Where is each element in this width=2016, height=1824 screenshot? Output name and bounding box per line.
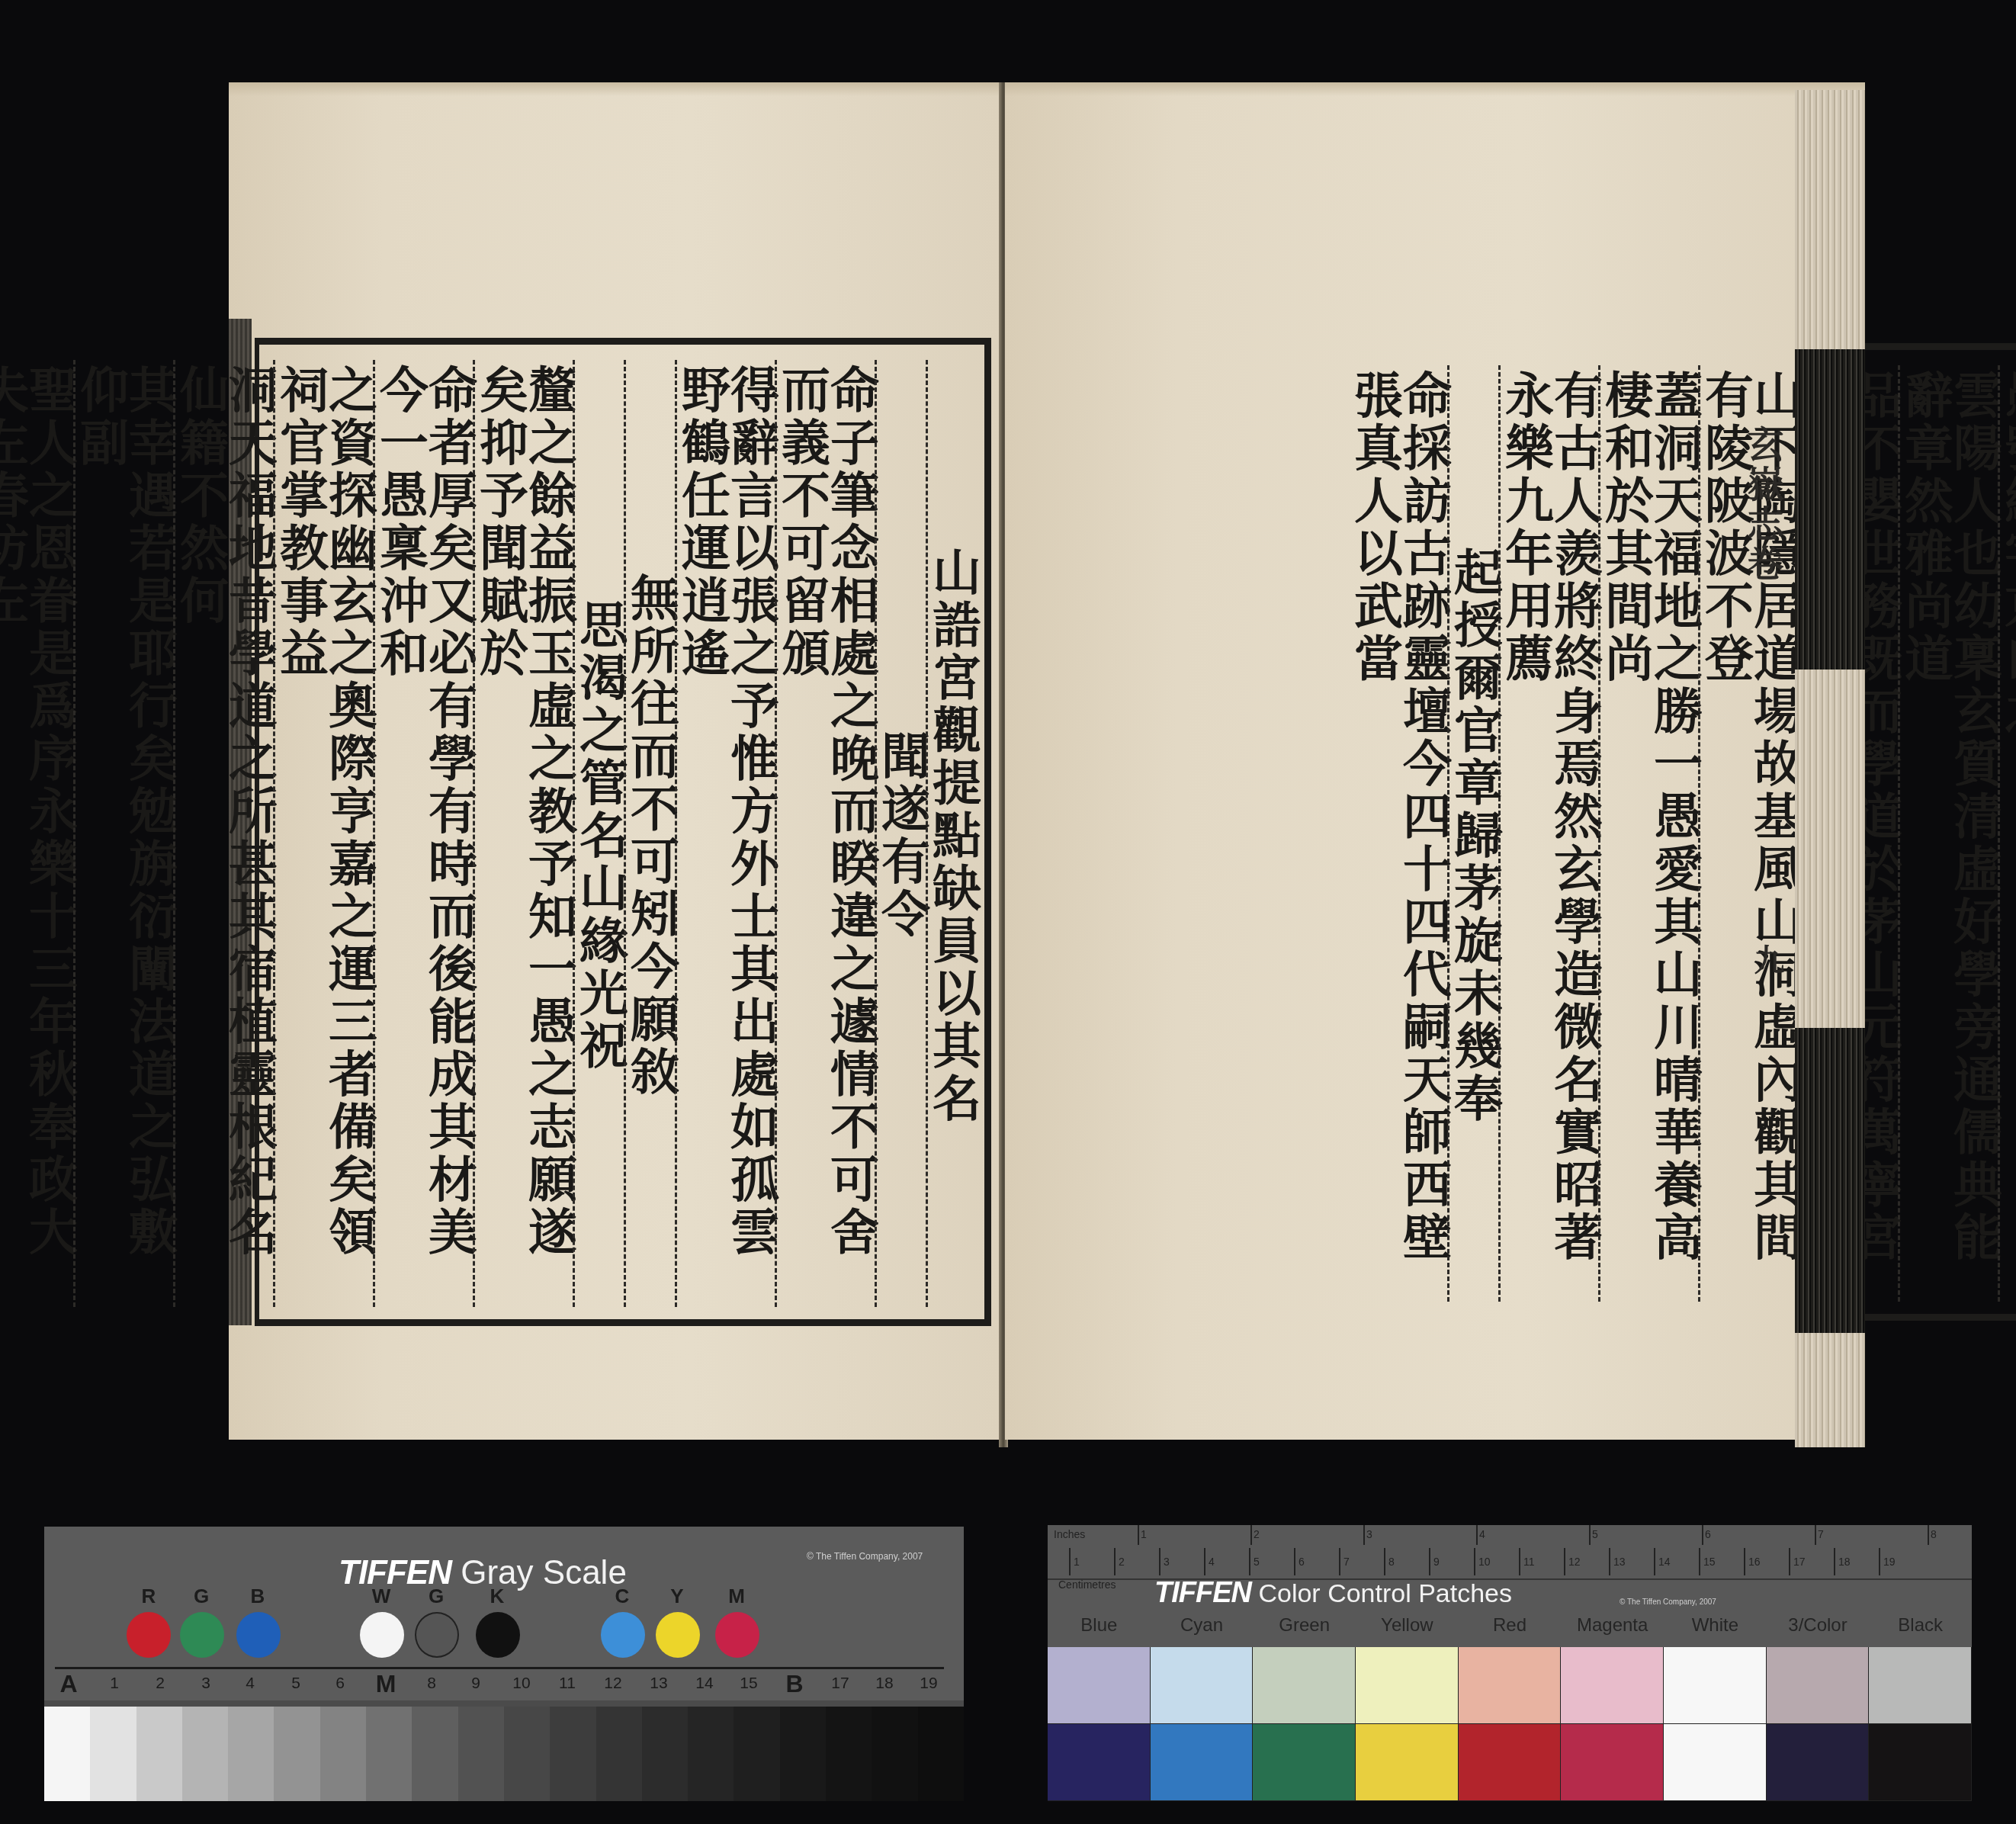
patch-label: Blue	[1048, 1615, 1151, 1636]
column-text: 思渴之管名山緣光祝	[575, 599, 624, 1073]
text-column: 命採訪古跡靈壇今四十四代嗣天師西壁張真人以武當	[1350, 365, 1447, 1302]
red-dot-icon	[127, 1612, 171, 1658]
column-text: 無所往而不可矧今願敘	[626, 573, 675, 1099]
edge-ink-block	[1795, 1028, 1865, 1333]
copyright-text: © The Tiffen Company, 2007	[1620, 1598, 1716, 1607]
ruler-inches-label: Inches	[1054, 1528, 1085, 1540]
inch-tick-label: 6	[1705, 1528, 1711, 1540]
step-label: 6	[325, 1675, 355, 1693]
banner-label: 玄嶽志卷	[1736, 425, 1789, 584]
inch-tick	[1138, 1525, 1139, 1545]
text-column: 蓋洞天福地之勝一愚愛其山川晴華養高棲和於其間尚	[1598, 365, 1698, 1302]
gray-step-swatch	[44, 1707, 90, 1801]
cm-tick-label: 13	[1613, 1556, 1626, 1568]
column-text: 雲陽人也幼稟玄質清虛好學旁通儒典能辭章然雅尚道	[1900, 370, 1998, 1302]
inch-tick	[1250, 1525, 1252, 1545]
cm-tick-label: 8	[1388, 1556, 1395, 1568]
color-patch	[1356, 1647, 1459, 1724]
patch-label: Magenta	[1561, 1615, 1664, 1636]
color-patch	[1869, 1724, 1972, 1801]
cm-tick	[1654, 1548, 1655, 1575]
text-column: 釐之餘益振玉虛之教予知一愚之志願遂矣抑予聞賦於	[473, 360, 573, 1307]
yellow-dot-icon	[656, 1612, 700, 1658]
gray-step-swatch	[366, 1707, 412, 1801]
cm-tick-label: 12	[1568, 1556, 1581, 1568]
step-label: A	[53, 1670, 84, 1698]
color-patch	[1151, 1724, 1254, 1801]
copyright-text: © The Tiffen Company, 2007	[807, 1551, 923, 1562]
text-column: 命者厚矣又必有學有時而後能成其材美今一愚稟沖和	[373, 360, 473, 1307]
page-top-shade	[229, 82, 1000, 96]
column-text: 贈之盛以爲然乃謁文於予且曰自翅字一愚號綠字京口之	[2000, 370, 2016, 1302]
cm-tick	[1294, 1548, 1295, 1575]
inch-tick-label: 7	[1818, 1528, 1824, 1540]
cm-tick-label: 16	[1748, 1556, 1761, 1568]
patch-label: Black	[1869, 1615, 1972, 1636]
cm-tick-label: 7	[1343, 1556, 1350, 1568]
cm-tick	[1564, 1548, 1565, 1575]
inch-tick	[1589, 1525, 1591, 1545]
text-column: 起授爾官章歸茅旋未幾奉	[1447, 365, 1498, 1302]
step-label: 14	[689, 1675, 720, 1693]
column-text: 起授爾官章歸茅旋未幾奉	[1449, 547, 1498, 1126]
cm-tick-label: 9	[1433, 1556, 1440, 1568]
color-patch	[1459, 1647, 1562, 1724]
cm-tick-label: 19	[1883, 1556, 1896, 1568]
gray-card-header: TIFFEN Gray Scale © The Tiffen Company, …	[44, 1527, 964, 1700]
gray-step-swatch	[642, 1707, 688, 1801]
step-label: M	[371, 1670, 401, 1698]
right-text-columns: 覆齋之任持提點得素尚玄虛探道深德之士之以表率羽 流肅奉輔之苟非其人不輕得設今道錄…	[1844, 365, 2016, 1302]
cm-tick	[1159, 1548, 1160, 1575]
dot-label-w: W	[358, 1585, 404, 1608]
column-text: 聞遂有令	[877, 731, 926, 941]
left-page: 山誥宮觀提點缺員以其名 聞遂有令 命子筆念相處之晚而睽違之遽情不可舍而義不可留頒…	[229, 82, 1000, 1440]
text-column: 洞天福地昔學道之所甚其宿植靈根紀名仙籍不然何	[173, 360, 273, 1307]
gray-step-swatch	[918, 1707, 964, 1801]
inch-tick-label: 4	[1479, 1528, 1485, 1540]
cyan-dot-icon	[601, 1612, 645, 1658]
folio-number: 九	[1745, 944, 1789, 978]
cm-tick	[1474, 1548, 1475, 1575]
inch-tick-label: 5	[1592, 1528, 1598, 1540]
text-column: 山誥宮觀提點缺員以其名	[926, 360, 977, 1307]
cm-tick	[1519, 1548, 1520, 1575]
column-text: 之資探幽玄之奧際亨嘉之運三者備矣領祠官掌教事益	[275, 364, 373, 1307]
cm-tick	[1114, 1548, 1116, 1575]
step-label: 8	[416, 1675, 447, 1693]
cm-tick-label: 18	[1838, 1556, 1851, 1568]
step-label: 3	[191, 1675, 221, 1693]
patch-label: Cyan	[1151, 1615, 1254, 1636]
text-column: 無所往而不可矧今願敘	[624, 360, 675, 1307]
patch-label: Green	[1253, 1615, 1356, 1636]
color-control-card: Inches 123456781234567891011121314151617…	[1048, 1525, 1972, 1801]
column-text: 得辭言以張之予惟方外士其出處如孤雲野鶴任運逍遙	[677, 364, 775, 1307]
step-label: 1	[99, 1675, 130, 1693]
column-text: 命者厚矣又必有學有時而後能成其材美今一愚稟沖和	[375, 364, 473, 1307]
color-patch	[1048, 1647, 1151, 1724]
blue-dot-icon	[236, 1612, 281, 1658]
color-patch	[1767, 1647, 1870, 1724]
green-dot-icon	[180, 1612, 224, 1658]
cm-tick-label: 4	[1209, 1556, 1215, 1568]
text-column: 有古人羨將終身焉然玄學造微名實昭著永樂九年用薦	[1498, 365, 1598, 1302]
inch-tick-label: 3	[1366, 1528, 1372, 1540]
inch-tick	[1928, 1525, 1929, 1545]
text-column: 得辭言以張之予惟方外士其出處如孤雲野鶴任運逍遙	[675, 360, 775, 1307]
open-book: 山誥宮觀提點缺員以其名 聞遂有令 命子筆念相處之晚而睽違之遽情不可舍而義不可留頒…	[229, 82, 1865, 1440]
inch-tick	[1815, 1525, 1816, 1545]
cm-tick	[1699, 1548, 1700, 1575]
column-text: 洞天福地昔學道之所甚其宿植靈根紀名仙籍不然何	[175, 364, 273, 1307]
left-text-columns: 山誥宮觀提點缺員以其名 聞遂有令 命子筆念相處之晚而睽違之遽情不可舍而義不可留頒…	[267, 360, 977, 1307]
gray-step-swatch	[228, 1707, 274, 1801]
cm-tick	[1069, 1548, 1071, 1575]
gray-step-swatch	[826, 1707, 872, 1801]
column-text: 山誥宮觀提點缺員以其名	[928, 547, 977, 1126]
color-patch-grid	[1048, 1647, 1972, 1801]
text-column: 贈之盛以爲然乃謁文於予且曰自翅字一愚號綠字京口之	[1998, 365, 2016, 1302]
gray-step-swatch	[136, 1707, 182, 1801]
gray-scale-card: TIFFEN Gray Scale © The Tiffen Company, …	[44, 1527, 964, 1801]
cm-tick	[1249, 1548, 1250, 1575]
dot-label-g: G	[178, 1585, 224, 1608]
gray-step-swatch	[182, 1707, 228, 1801]
step-label: B	[779, 1670, 810, 1698]
inch-tick-label: 8	[1931, 1528, 1937, 1540]
ruler: Inches 123456781234567891011121314151617…	[1048, 1525, 1972, 1580]
text-column: 聖人之恩眷是爲序永樂十三年秋奉政大夫左春坊左	[0, 360, 73, 1307]
color-patch	[1664, 1724, 1767, 1801]
color-patch	[1561, 1724, 1664, 1801]
right-page: 覆齋之任持提點得素尚玄虛探道深德之士之以表率羽 流肅奉輔之苟非其人不輕得設今道錄…	[1005, 82, 1865, 1440]
color-patch	[1048, 1724, 1151, 1801]
inch-tick-label: 1	[1141, 1528, 1147, 1540]
gray-step-swatch	[90, 1707, 136, 1801]
dot-label-b: B	[235, 1585, 281, 1608]
inch-tick-label: 2	[1254, 1528, 1260, 1540]
color-patch	[1561, 1647, 1664, 1724]
gray-step-swatch	[504, 1707, 550, 1801]
gray-step-swatch	[320, 1707, 366, 1801]
color-patch	[1869, 1647, 1972, 1724]
step-label: 11	[552, 1675, 583, 1693]
cm-tick	[1204, 1548, 1205, 1575]
color-patch	[1459, 1724, 1562, 1801]
step-label: 13	[644, 1675, 674, 1693]
dot-label-m: M	[714, 1585, 759, 1608]
color-card-title-group: TIFFEN Color Control Patches	[1154, 1577, 1512, 1610]
patch-label: White	[1664, 1615, 1767, 1636]
cm-tick	[1834, 1548, 1835, 1575]
patch-label: Red	[1459, 1615, 1562, 1636]
text-column: 其幸遇若是耶行矣勉旃衍闡法道之弘敷仰副	[73, 360, 173, 1307]
dot-label-g2: G	[413, 1585, 459, 1608]
left-print-frame: 山誥宮觀提點缺員以其名 聞遂有令 命子筆念相處之晚而睽違之遽情不可舍而義不可留頒…	[255, 338, 991, 1326]
dot-label-y: Y	[654, 1585, 700, 1608]
step-label: 10	[506, 1675, 537, 1693]
cm-tick-label: 11	[1523, 1556, 1535, 1568]
magenta-dot-icon	[715, 1612, 759, 1658]
step-label: 4	[235, 1675, 265, 1693]
color-patch	[1151, 1647, 1254, 1724]
inch-tick	[1702, 1525, 1703, 1545]
column-text: 命採訪古跡靈壇今四十四代嗣天師西壁張真人以武當	[1350, 370, 1447, 1302]
text-column: 命子筆念相處之晚而睽違之遽情不可舍而義不可留頒	[775, 360, 875, 1307]
step-label: 2	[145, 1675, 175, 1693]
column-text: 有古人羨將終身焉然玄學造微名實昭著永樂九年用薦	[1501, 370, 1598, 1302]
step-label: 15	[734, 1675, 764, 1693]
gray-step-swatch	[458, 1707, 504, 1801]
cm-tick-label: 10	[1478, 1556, 1491, 1568]
patch-label: 3/Color	[1767, 1615, 1870, 1636]
cm-tick-label: 6	[1299, 1556, 1305, 1568]
cm-tick-label: 14	[1658, 1556, 1671, 1568]
step-label: 19	[913, 1675, 944, 1693]
inch-tick	[1363, 1525, 1365, 1545]
dot-label-k: K	[474, 1585, 520, 1608]
gray-step-swatch	[596, 1707, 642, 1801]
color-patch	[1767, 1724, 1870, 1801]
column-text: 聖人之恩眷是爲序永樂十三年秋奉政大夫左春坊左	[0, 364, 73, 1307]
cm-tick-label: 15	[1703, 1556, 1716, 1568]
gray-step-swatch	[412, 1707, 457, 1801]
gray-step-swatch	[274, 1707, 319, 1801]
color-card-title: Color Control Patches	[1258, 1579, 1512, 1608]
page-edge-stack	[1795, 90, 1865, 1447]
dot-label-c: C	[599, 1585, 645, 1608]
gray-step-swatch	[872, 1707, 917, 1801]
cm-tick	[1339, 1548, 1340, 1575]
column-text: 其幸遇若是耶行矣勉旃衍闡法道之弘敷仰副	[75, 364, 173, 1307]
gray-step-swatch	[734, 1707, 779, 1801]
cm-tick-label: 1	[1074, 1556, 1080, 1568]
cm-tick-label: 5	[1254, 1556, 1260, 1568]
step-label: 12	[598, 1675, 628, 1693]
dot-label-r: R	[126, 1585, 172, 1608]
text-column: 之資探幽玄之奧際亨嘉之運三者備矣領祠官掌教事益	[273, 360, 373, 1307]
white-dot-icon	[360, 1612, 404, 1658]
black-dot-icon	[476, 1612, 520, 1658]
step-label: 5	[281, 1675, 311, 1693]
scale-divider	[55, 1667, 944, 1669]
gray-step-strip	[44, 1707, 964, 1801]
gray-step-swatch	[780, 1707, 826, 1801]
cm-tick	[1789, 1548, 1790, 1575]
cm-tick	[1879, 1548, 1880, 1575]
text-column: 聞遂有令	[875, 360, 926, 1307]
edge-ink-block	[1795, 349, 1865, 670]
cm-tick	[1384, 1548, 1385, 1575]
patch-labels: Blue Cyan Green Yellow Red Magenta White…	[1048, 1615, 1972, 1636]
cm-tick	[1609, 1548, 1610, 1575]
cm-tick	[1744, 1548, 1745, 1575]
ruler-cm-label: Centimetres	[1058, 1578, 1116, 1591]
cm-tick-label: 3	[1164, 1556, 1170, 1568]
color-patch	[1253, 1647, 1356, 1724]
cm-tick	[1429, 1548, 1430, 1575]
text-column: 雲陽人也幼稟玄質清虛好學旁通儒典能辭章然雅尚道	[1898, 365, 1998, 1302]
cm-tick-label: 2	[1119, 1556, 1125, 1568]
page-top-shade	[1005, 82, 1865, 96]
gray-step-swatch	[550, 1707, 595, 1801]
step-label: 17	[825, 1675, 856, 1693]
column-text: 釐之餘益振玉虛之教予知一愚之志願遂矣抑予聞賦於	[475, 364, 573, 1307]
color-patch	[1253, 1724, 1356, 1801]
column-text: 命子筆念相處之晚而睽違之遽情不可舍而義不可留頒	[777, 364, 875, 1307]
patch-label: Yellow	[1356, 1615, 1459, 1636]
color-patch	[1356, 1724, 1459, 1801]
step-label: 9	[461, 1675, 491, 1693]
tiffen-logo: TIFFEN	[1154, 1577, 1251, 1609]
inch-tick	[1476, 1525, 1478, 1545]
column-text: 蓋洞天福地之勝一愚愛其山川晴華養高棲和於其間尚	[1600, 370, 1698, 1302]
cm-tick-label: 17	[1793, 1556, 1806, 1568]
color-patch	[1664, 1647, 1767, 1724]
gray-dot-icon	[415, 1612, 459, 1658]
step-label: 18	[869, 1675, 900, 1693]
text-column: 思渴之管名山緣光祝	[573, 360, 624, 1307]
gray-step-swatch	[688, 1707, 734, 1801]
